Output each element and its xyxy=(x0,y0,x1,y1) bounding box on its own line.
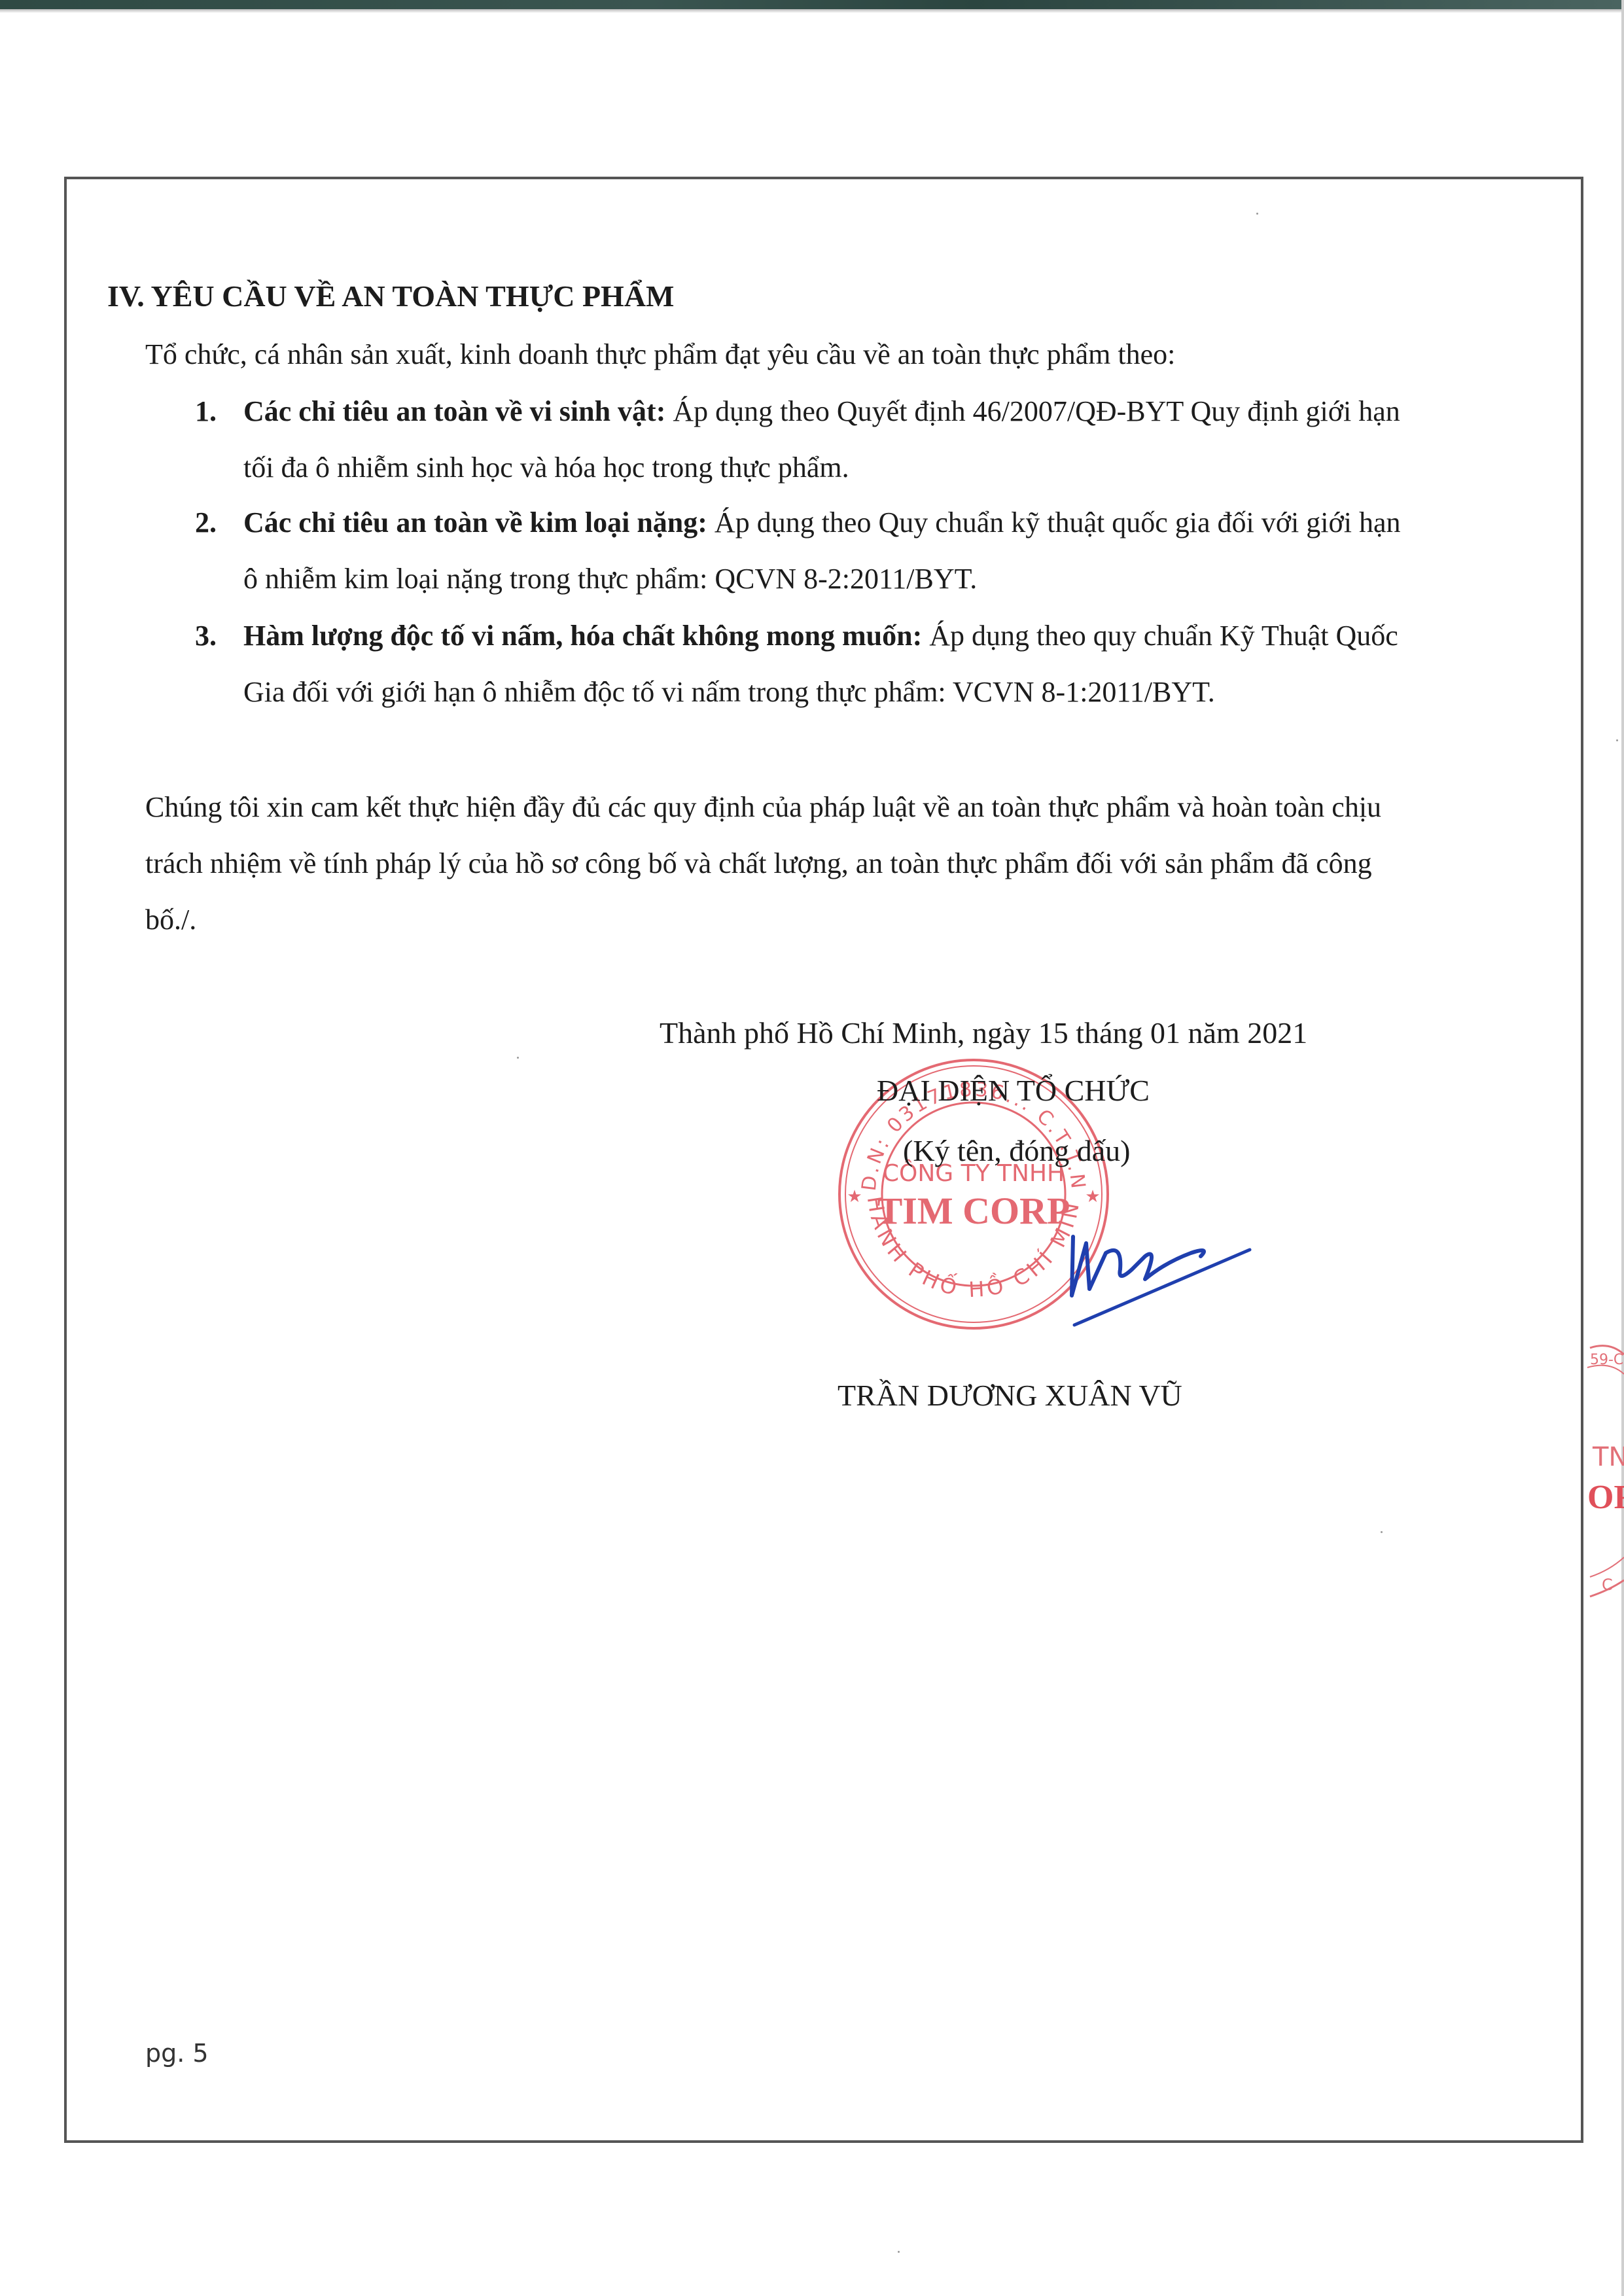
scan-speck xyxy=(1381,1531,1383,1533)
signer-name: TRẦN DƯƠNG XUÂN VŨ xyxy=(838,1378,1182,1413)
section-heading: IV. YÊU CẦU VỀ AN TOÀN THỰC PHẨM xyxy=(107,281,674,311)
requirement-number: 1. xyxy=(195,397,217,426)
commitment-line: bố./. xyxy=(145,906,196,934)
edge-seal-text: C xyxy=(1602,1576,1613,1594)
requirement-number: 2. xyxy=(195,508,217,537)
requirement-text: Áp dụng theo Quy chuẩn kỹ thuật quốc gia… xyxy=(707,506,1401,539)
signature-block: Thành phố Hồ Chí Minh, ngày 15 tháng 01 … xyxy=(628,995,1439,1426)
intro-paragraph: Tổ chức, cá nhân sản xuất, kinh doanh th… xyxy=(145,340,1175,369)
scan-shadow xyxy=(0,9,1624,13)
scan-speck xyxy=(1256,213,1258,215)
edge-seal-text: OR xyxy=(1587,1479,1624,1516)
scan-speck xyxy=(898,2251,900,2253)
requirement-line-continued: ô nhiễm kim loại nặng trong thực phẩm: Q… xyxy=(243,565,977,593)
requirement-line: Hàm lượng độc tố vi nấm, hóa chất không … xyxy=(243,622,1398,650)
edge-seal-text: TN xyxy=(1592,1442,1624,1472)
scan-top-edge xyxy=(0,0,1624,9)
requirement-label: Hàm lượng độc tố vi nấm, hóa chất không … xyxy=(243,620,922,652)
requirement-line-continued: Gia đối với giới hạn ô nhiễm độc tố vi n… xyxy=(243,678,1215,707)
representative-title: ĐẠI DIỆN TỔ CHỨC xyxy=(877,1073,1150,1108)
sign-and-seal-note: (Ký tên, đóng dấu) xyxy=(903,1133,1130,1168)
requirement-label: Các chỉ tiêu an toàn về kim loại nặng: xyxy=(243,506,707,539)
partial-seal-icon: 59-C TN OR C xyxy=(1583,1328,1624,1616)
page-number: pg. 5 xyxy=(145,2039,209,2068)
requirement-text: Áp dụng theo quy chuẩn Kỹ Thuật Quốc xyxy=(922,620,1398,652)
requirement-line-continued: tối đa ô nhiễm sinh học và hóa học trong… xyxy=(243,453,849,482)
requirement-label: Các chỉ tiêu an toàn về vi sinh vật: xyxy=(243,395,665,427)
requirement-line: Các chỉ tiêu an toàn về vi sinh vật: Áp … xyxy=(243,397,1400,426)
requirement-number: 3. xyxy=(195,622,217,650)
commitment-line: trách nhiệm về tính pháp lý của hồ sơ cô… xyxy=(145,849,1372,878)
requirement-line: Các chỉ tiêu an toàn về kim loại nặng: Á… xyxy=(243,508,1401,537)
scan-right-edge xyxy=(1621,0,1624,2296)
place-and-date: Thành phố Hồ Chí Minh, ngày 15 tháng 01 … xyxy=(660,1016,1307,1050)
commitment-line: Chúng tôi xin cam kết thực hiện đầy đủ c… xyxy=(145,793,1381,822)
scan-speck xyxy=(1616,739,1618,741)
requirement-text: Áp dụng theo Quyết định 46/2007/QĐ-BYT Q… xyxy=(665,395,1400,427)
edge-seal-text: 59-C xyxy=(1590,1352,1623,1368)
scan-speck xyxy=(517,1057,519,1059)
